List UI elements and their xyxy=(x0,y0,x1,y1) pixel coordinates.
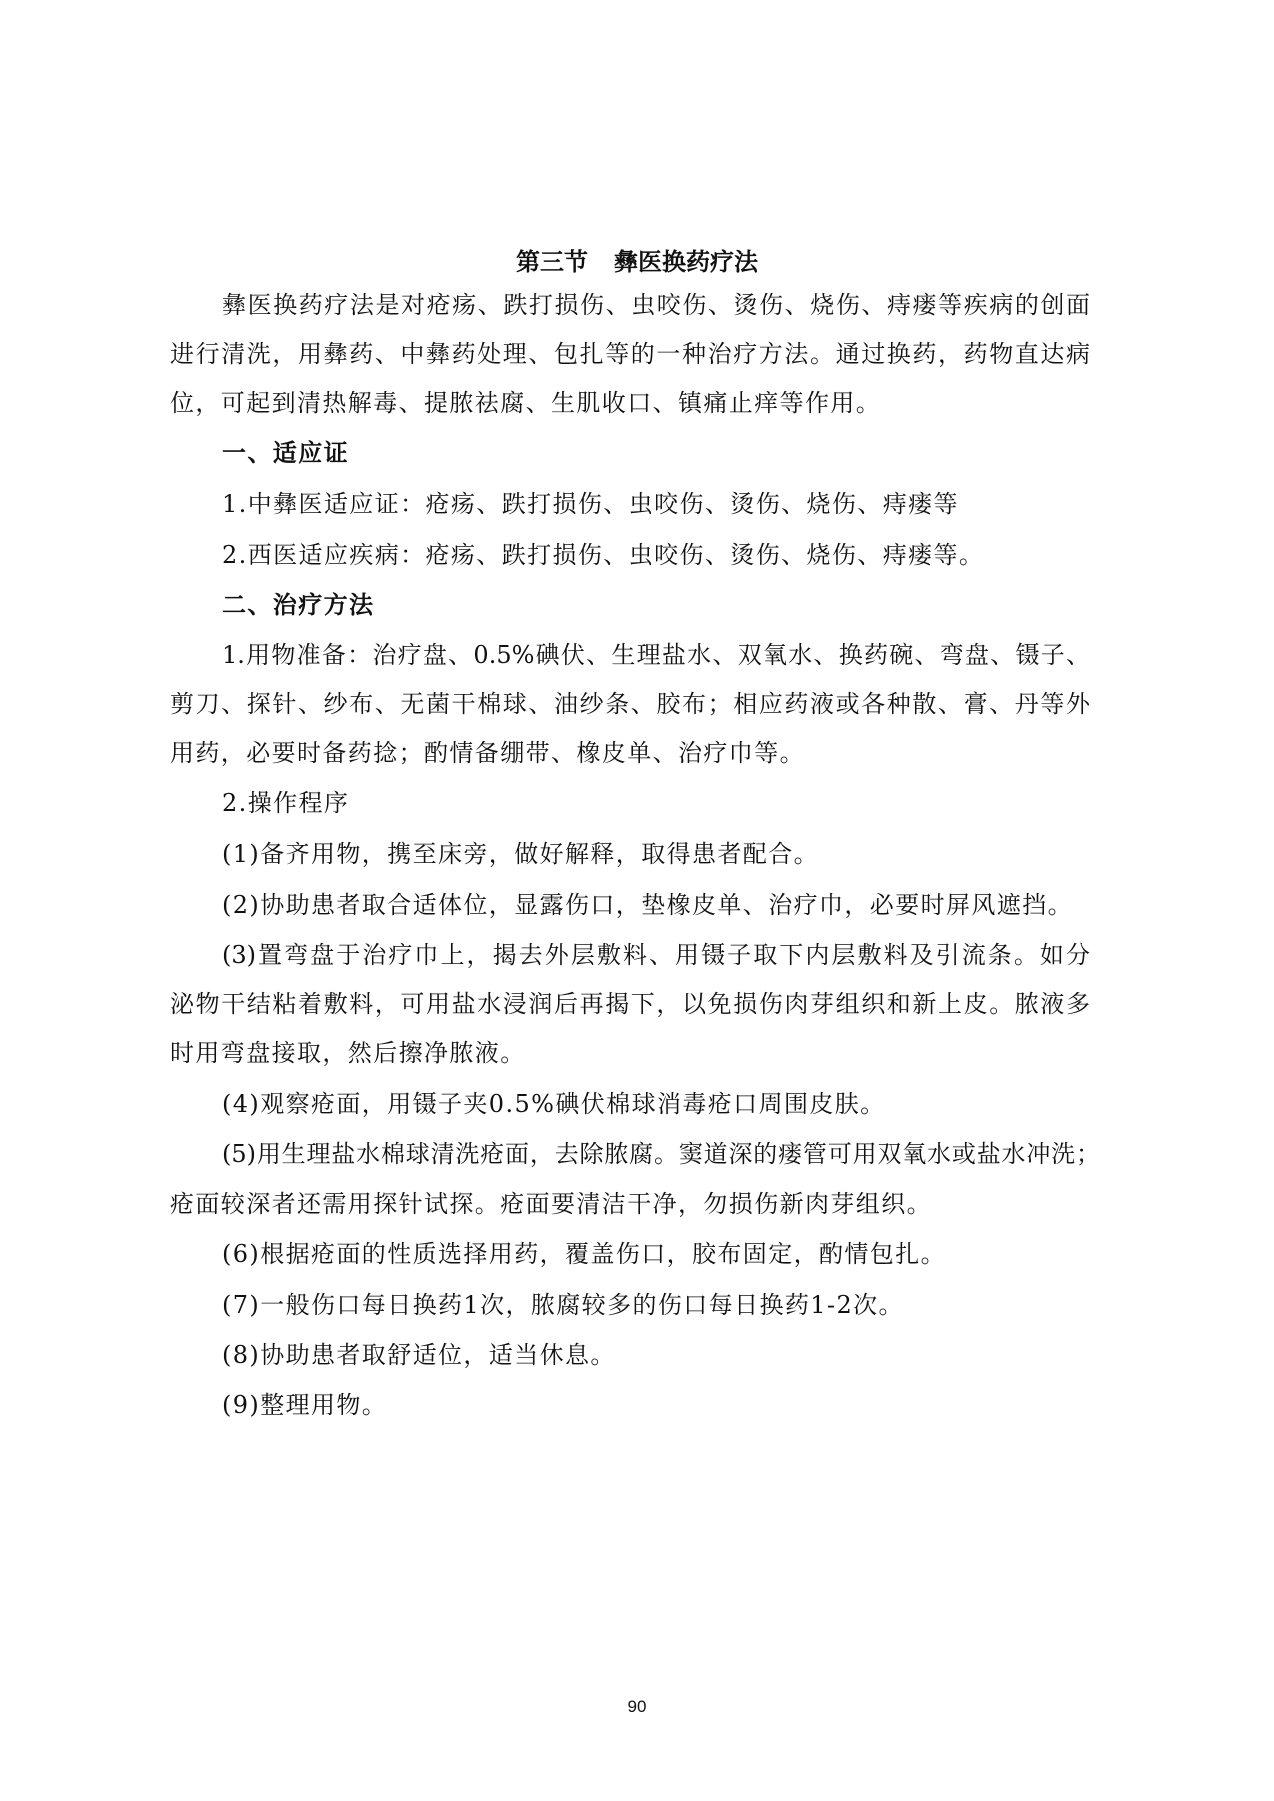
intro-line-3: 位，可起到清热解毒、提脓祛腐、生肌收口、镇痛止痒等作用。 xyxy=(170,388,881,418)
procedure-step-2: (2)协助患者取合适体位，显露伤口，垫橡皮单、治疗巾，必要时屏风遮挡。 xyxy=(222,890,1073,920)
methods-heading: 二、治疗方法 xyxy=(222,590,374,620)
procedure-step-1: (1)备齐用物，携至床旁，做好解释，取得患者配合。 xyxy=(222,839,819,869)
procedure-step-4: (4)观察疮面，用镊子夹0.5%碘伏棉球消毒疮口周围皮肤。 xyxy=(222,1089,886,1119)
preparation-line-2: 剪刀、探针、纱布、无菌干棉球、油纱条、胶布；相应药液或各种散、膏、丹等外 xyxy=(170,689,1090,719)
procedure-step-3-line-3: 时用弯盘接取，然后擦净脓液。 xyxy=(170,1038,526,1068)
procedure-step-5-line-2: 疮面较深者还需用探针试探。疮面要清洁干净，勿损伤新肉芽组织。 xyxy=(170,1189,932,1219)
page-number: 90 xyxy=(0,1697,1274,1717)
section-name: 彝医换药疗法 xyxy=(614,248,758,276)
intro-line-2: 进行清洗，用彝药、中彝药处理、包扎等的一种治疗方法。通过换药，药物直达病 xyxy=(170,339,1090,369)
procedure-step-3-line-1: (3)置弯盘于治疗巾上，揭去外层敷料、用镊子取下内层敷料及引流条。如分 xyxy=(222,940,1090,970)
section-number: 第三节 xyxy=(516,248,588,276)
procedure-step-8: (8)协助患者取舒适位，适当休息。 xyxy=(222,1340,616,1370)
procedure-heading: 2.操作程序 xyxy=(222,788,349,818)
procedure-step-9: (9)整理用物。 xyxy=(222,1390,387,1420)
procedure-step-3-line-2: 泌物干结粘着敷料，可用盐水浸润后再揭下，以免损伤肉芽组织和新上皮。脓液多 xyxy=(170,989,1090,1019)
intro-line-1: 彝医换药疗法是对疮疡、跌打损伤、虫咬伤、烫伤、烧伤、痔瘘等疾病的创面 xyxy=(222,290,1090,320)
indication-item-1: 1.中彝医适应证：疮疡、跌打损伤、虫咬伤、烫伤、烧伤、痔瘘等 xyxy=(222,489,959,519)
indications-heading: 一、适应证 xyxy=(222,438,349,468)
preparation-line-3: 用药，必要时备药捻；酌情备绷带、橡皮单、治疗巾等。 xyxy=(170,738,805,768)
procedure-step-5-line-1: (5)用生理盐水棉球清洗疮面，去除脓腐。窦道深的瘘管可用双氧水或盐水冲洗； xyxy=(222,1139,1100,1169)
section-title: 第三节彝医换药疗法 xyxy=(0,242,1274,277)
preparation-line-1: 1.用物准备：治疗盘、0.5%碘伏、生理盐水、双氧水、换药碗、弯盘、镊子、 xyxy=(222,640,1090,670)
procedure-step-6: (6)根据疮面的性质选择用药，覆盖伤口，胶布固定，酌情包扎。 xyxy=(222,1239,946,1269)
indication-item-2: 2.西医适应疾病：疮疡、跌打损伤、虫咬伤、烫伤、烧伤、痔瘘等。 xyxy=(222,540,984,570)
document-page: 第三节彝医换药疗法 彝医换药疗法是对疮疡、跌打损伤、虫咬伤、烫伤、烧伤、痔瘘等疾… xyxy=(0,0,1274,1801)
procedure-step-7: (7)一般伤口每日换药1次，脓腐较多的伤口每日换药1-2次。 xyxy=(222,1290,904,1320)
